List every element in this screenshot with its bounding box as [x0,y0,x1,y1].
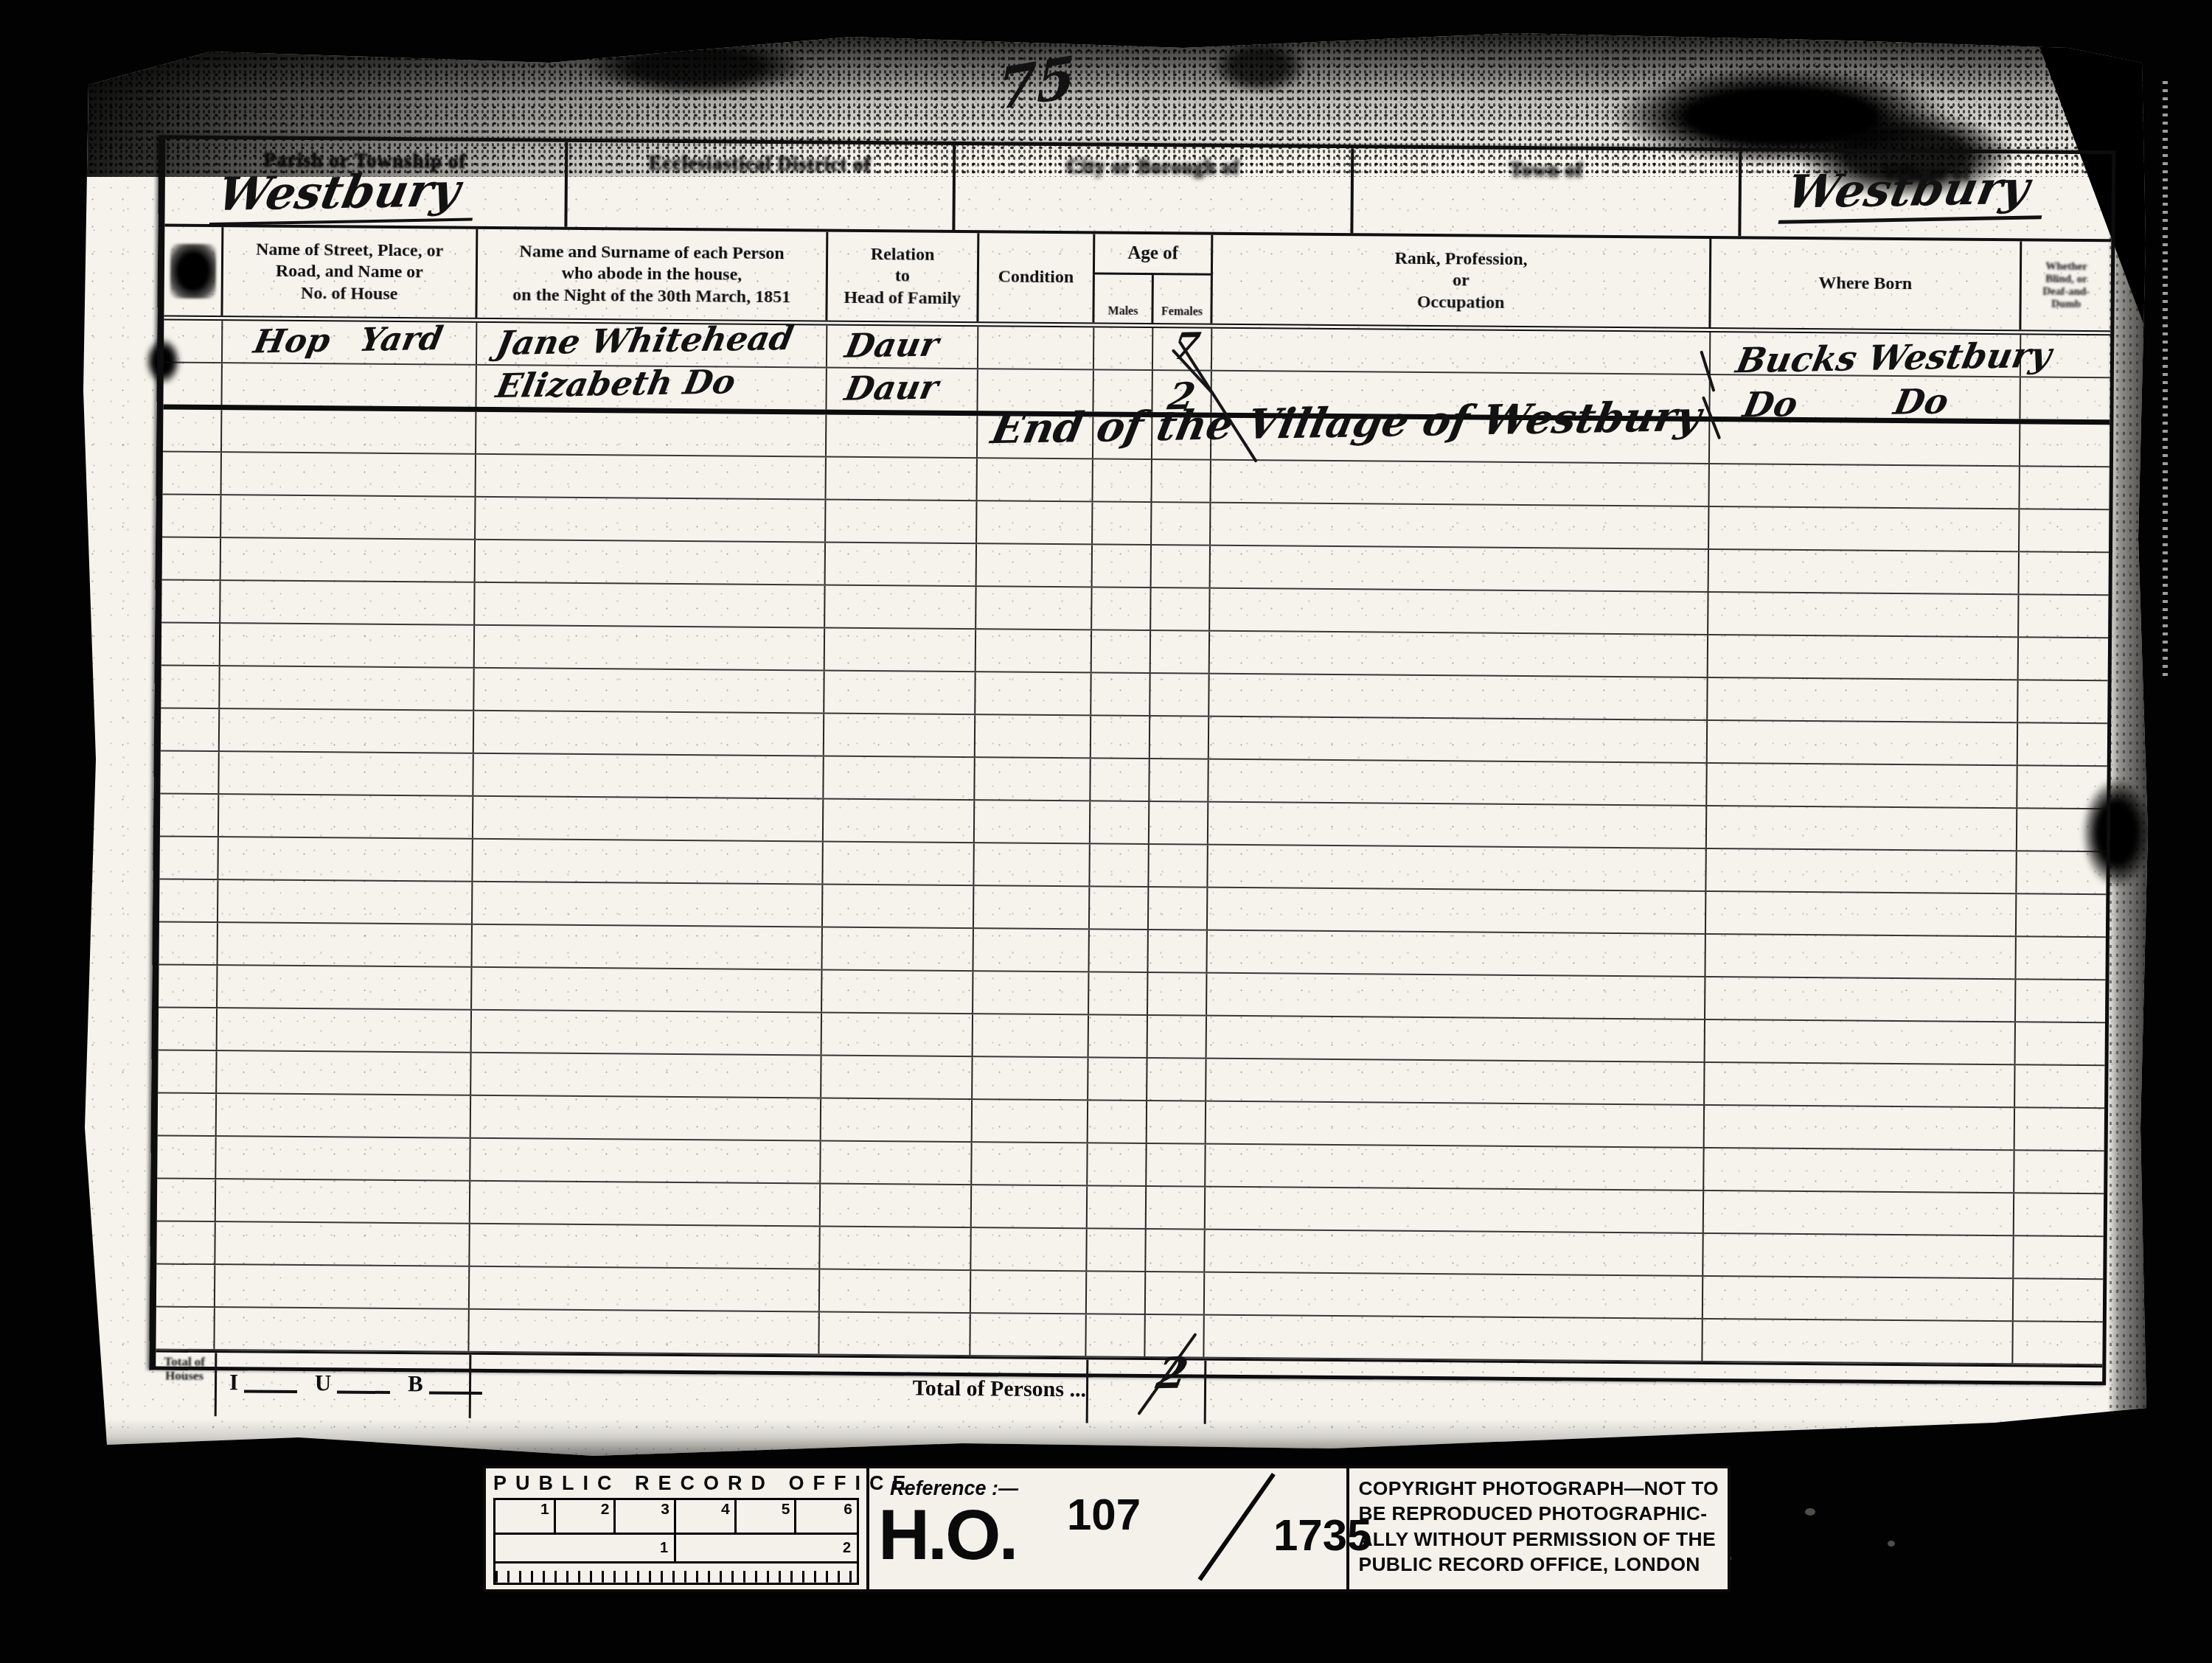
village-value-handwritten: Westbury [1778,160,2053,223]
stamp-copyright-section: COPYRIGHT PHOTOGRAPH—NOT TO BE REPRODUCE… [1346,1468,1728,1589]
copyright-line: COPYRIGHT PHOTOGRAPH—NOT TO [1358,1476,1719,1501]
street-cell [222,363,476,407]
copyright-line: BE REPRODUCED PHOTOGRAPHIC- [1358,1501,1719,1526]
reference-series: H.O. [878,1493,1016,1576]
band-field-label: City or Borough of [955,154,1351,180]
copyright-line: ALLY WITHOUT PERMISSION OF THE [1358,1527,1719,1552]
age-females-subheader: Females [1153,275,1211,324]
born-cell: Bucks Westbury [1711,332,2021,376]
band-field-label: Ecclesiastical District of [568,151,953,177]
age-male-cell [1094,327,1153,369]
condition-column-header: Condition [978,233,1095,322]
street-column-header: Name of Street, Place, or Road, and Name… [223,227,478,318]
infirmity-cell [2020,377,2110,419]
name-cell: Jane Whitehead [477,323,827,367]
born-cell: Do Do [1710,375,2020,419]
reference-item: 1735 [1273,1510,1371,1561]
public-record-office-stamp: PUBLIC RECORD OFFICE 1 2 3 4 5 6 1 2 Ref… [483,1465,1731,1592]
relation-column-header: Relation to Head of Family [827,232,979,322]
where-born-column-header: Where Born [1711,239,2022,330]
stamp-ruler-section: PUBLIC RECORD OFFICE 1 2 3 4 5 6 1 2 [486,1468,866,1589]
edge-marks [2163,81,2168,678]
band-field-label: Town of [1354,157,1739,183]
copyright-line: PUBLIC RECORD OFFICE, LONDON [1358,1552,1719,1577]
stamp-reference-section: Reference :— H.O. 107 1735 [866,1468,1346,1589]
handwritten-folio-number: 75 [998,43,1076,123]
column-header-row: Name of Street, Place, or Road, and Name… [164,227,2111,336]
schedule-cell [164,321,223,363]
schedule-column-header [164,227,223,316]
occupation-cell [1212,329,1711,374]
census-page: 75 Parish or Township of Westbury Eccles… [77,22,2149,1460]
census-scan-scene: 75 Parish or Township of Westbury Eccles… [0,0,2212,1663]
schedule-cell [163,363,222,405]
occupation-column-header: Rank, Profession, or Occupation [1212,235,1711,327]
parish-value-handwritten: Westbury [209,163,483,226]
relation-cell: Daur [827,369,978,411]
age-column-header: Age of Males Females [1094,234,1213,323]
reference-piece: 107 [1067,1489,1141,1540]
street-cell: Hop Yard [223,321,477,364]
smudged-header-ink [170,244,216,299]
infirmity-column-header: Whether Blind, or Deaf-and- Dumb [2021,241,2111,330]
infirmity-cell [2021,335,2110,377]
band-field-town: Town of [1354,148,1742,236]
stamp-ruler-inches: 1 2 3 4 5 6 [493,1498,859,1535]
name-column-header: Name and Surname of each Person who abod… [477,229,828,321]
relation-cell: Daur [827,326,978,369]
total-of-persons-label: Total of Persons ... [912,1376,1086,1403]
empty-rows [156,410,2110,1366]
band-field-parish: Parish or Township of Westbury [164,139,568,227]
band-field-city-borough: City or Borough of [955,145,1354,233]
band-field-ecclesiastical: Ecclesiastical District of [567,142,956,230]
enumeration-table: Parish or Township of Westbury Ecclesias… [149,136,2115,1386]
condition-cell [978,327,1094,369]
reference-slash [1198,1473,1276,1581]
name-cell: Elizabeth Do [476,366,827,410]
stamp-office-title: PUBLIC RECORD OFFICE [493,1472,859,1495]
entries-body: Hop Yard Jane Whitehead Daur 7 [156,321,2110,1366]
place-fields-band: Parish or Township of Westbury Ecclesias… [164,139,2112,243]
stamp-ruler-lower: 1 2 [493,1535,859,1563]
stamp-ruler-ticks [493,1563,859,1585]
total-of-houses-label: Total of Houses [156,1356,213,1384]
inhabited-uninhabited-building-marks: I U B [229,1369,493,1398]
band-field-village: Village of Westbury [1741,151,2112,239]
tilted-form: 75 Parish or Township of Westbury Eccles… [67,21,2150,1474]
age-males-subheader: Males [1094,274,1154,323]
